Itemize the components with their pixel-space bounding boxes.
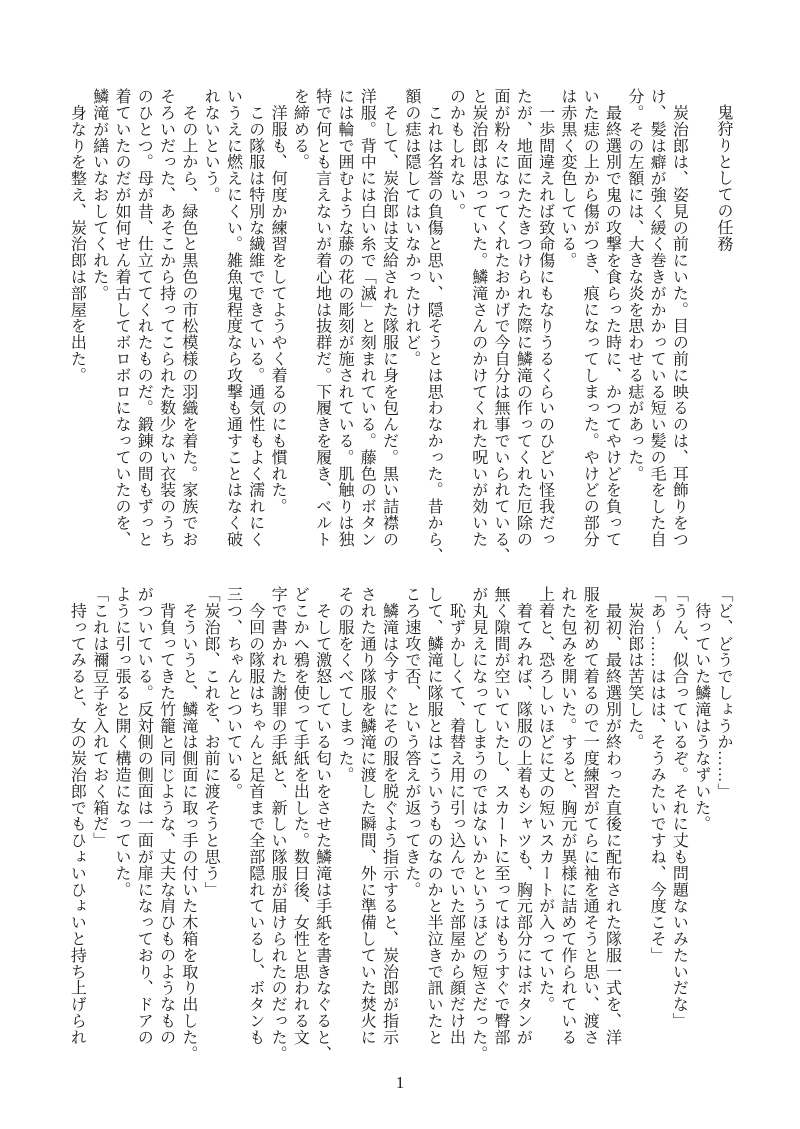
text-line: いうえに燃えにくい。雑魚鬼程度なら攻撃も通すことはなく破: [221, 88, 243, 550]
text-line: 炭治郎は苦笑した。: [623, 586, 645, 1066]
text-line: 炭治郎は、姿見の前にいた。目の前に映るのは、耳飾りをつ: [667, 88, 689, 550]
text-line: 洋服も、何度か練習をしてようやく着るのにも慣れた。: [266, 88, 288, 550]
text-line: この隊服は特別な繊維でできている。通気性もよく濡れにく: [243, 88, 265, 550]
text-line: 服を初めて着るので一度練習がてらに袖を通そうと思い、渡さ: [578, 586, 600, 1066]
text-line: 無く隙間が空いていたし、スカートに至ってはもうすぐで臀部: [489, 586, 511, 1066]
text-line: 背負ってきた竹籠と同じような、丈夫な肩ひものようなもの: [154, 586, 176, 1066]
text-line: どこかへ鴉を使って手紙を出した。数日後、女性と思われる文: [288, 586, 310, 1066]
text-line: 最初、最終選別が終わった直後に配布された隊服一式を、洋: [600, 586, 622, 1066]
text-line: 「炭治郎、これを、お前に渡そうと思う」: [199, 586, 221, 1066]
text-line: のかもしれない。: [444, 88, 466, 550]
text-line: には輪で囲むような藤の花の彫刻が施されている。肌触りは独: [333, 88, 355, 550]
text-line: 「ど、どうでしょうか……」: [712, 586, 734, 1066]
page-number: 1: [0, 1072, 800, 1094]
text-line: 三つ、ちゃんとついている。: [221, 586, 243, 1066]
text-line: ように引っ張ると開く構造になっていた。: [110, 586, 132, 1066]
text-line: 持ってみると、女の炭治郎でもひょいひょいと持ち上げられ: [65, 586, 87, 1066]
text-line: 最終選別で鬼の攻撃を食らった時に、かつてやけどを負って: [600, 88, 622, 550]
text-line: 身なりを整え、炭治郎は部屋を出た。: [65, 88, 87, 550]
text-line: された通り隊服を鱗滝に渡した瞬間、外に準備していた焚火に: [355, 586, 377, 1066]
section-title: 鬼狩りとしての任務: [712, 88, 734, 550]
text-line: 「うん、似合っているぞ。それに丈も問題ないみたいだな」: [667, 586, 689, 1066]
text-line: がついている。反対側の側面は一面が扉になっており、ドアの: [132, 586, 154, 1066]
text-line: 鱗滝は今すぐにその服を脱ぐよう指示すると、炭治郎が指示: [377, 586, 399, 1066]
text-line: 字で書かれた謝罪の手紙と、新しい隊服が届けられたのだった。: [266, 586, 288, 1066]
title-gap: [689, 88, 711, 550]
text-line: その上から、緑色と黒色の市松模様の羽織を着た。家族でお: [177, 88, 199, 550]
text-line: れた包みを開いた。すると、胸元が異様に詰めて作られている: [556, 586, 578, 1066]
text-line: 着ていたのだが如何せん着古してボロボロになっていたのを、: [110, 88, 132, 550]
text-line: れないという。: [199, 88, 221, 550]
text-line: と炭治郎は思っていた。鱗滝さんのかけてくれた呪いが効いた: [466, 88, 488, 550]
text-line: して、鱗滝に隊服とはこういうものなのかと半泣きで訊いたと: [422, 586, 444, 1066]
text-line: 「これは禰豆子を入れておく箱だ」: [87, 586, 109, 1066]
text-line: いた痣の上から傷がつき、痕になってしまった。やけどの部分: [578, 88, 600, 550]
text-line: 鱗滝が繕いなおしてくれた。: [87, 88, 109, 550]
bottom-text-block: 「ど、どうでしょうか……」 待っていた鱗滝はうなずいた。 「うん、似合っているぞ…: [65, 586, 734, 1066]
text-line: は赤黒く変色している。: [556, 88, 578, 550]
text-line: を締める。: [288, 88, 310, 550]
text-line: これは名誉の負傷と思い、隠そうとは思わなかった。昔から、: [422, 88, 444, 550]
text-line: 一歩間違えれば致命傷にもなりうるくらいのひどい怪我だっ: [533, 88, 555, 550]
text-line: そして、炭治郎は支給された隊服に身を包んだ。黒い詰襟の: [377, 88, 399, 550]
text-line: そして激怒している匂いをさせた鱗滝は手紙を書きなぐると、: [310, 586, 332, 1066]
text-line: 待っていた鱗滝はうなずいた。: [689, 586, 711, 1066]
text-line: 着てみれば、隊服の上着もシャツも、胸元部分にはボタンが: [511, 586, 533, 1066]
text-line: 「あ～……ははは、そうみたいですね、今度こそ」: [645, 586, 667, 1066]
text-line: ころ速攻で否、という答えが返ってきた。: [400, 586, 422, 1066]
text-line: が丸見えになってしまうのではないかというほどの短さだった。: [466, 586, 488, 1066]
text-line: 分。その左額には、大きな炎を思わせる痣があった。: [623, 88, 645, 550]
text-line: その服をくべてしまった。: [333, 586, 355, 1066]
text-line: 面が粉々になってくれたおかげで今自分は無事でいられている、: [489, 88, 511, 550]
document-page: 鬼狩りとしての任務 炭治郎は、姿見の前にいた。目の前に映るのは、耳飾りをつ け、…: [0, 0, 800, 1129]
text-line: 特で何とも言えないが着心地は抜群だ。下履きを履き、ベルト: [310, 88, 332, 550]
text-line: たが、地面にたたきつけられた際に鱗滝の作ってくれた厄除の: [511, 88, 533, 550]
text-line: け、髪は癖が強く緩く巻きがかかっている短い髪の毛をした自: [645, 88, 667, 550]
text-line: そろいだった、あそこから持ってこられた数少ない衣装のうち: [154, 88, 176, 550]
text-line: のひとつ。母が昔、仕立ててくれたものだ。鍛錬の間もずっと: [132, 88, 154, 550]
text-line: 恥ずかしくて、着替え用に引っ込んでいた部屋から顔だけ出: [444, 586, 466, 1066]
text-line: そういうと、鱗滝は側面に取っ手の付いた木箱を取り出した。: [177, 586, 199, 1066]
text-line: 額の痣は隠してはいなかったけれど。: [400, 88, 422, 550]
text-line: 上着と、恐ろしいほどに丈の短いスカートが入っていた。: [533, 586, 555, 1066]
text-line: 洋服。背中には白い糸で「滅」と刻まれている。藤色のボタン: [355, 88, 377, 550]
top-text-block: 鬼狩りとしての任務 炭治郎は、姿見の前にいた。目の前に映るのは、耳飾りをつ け、…: [65, 88, 734, 550]
text-line: 今回の隊服はちゃんと足首まで全部隠れているし、ボタンも: [243, 586, 265, 1066]
